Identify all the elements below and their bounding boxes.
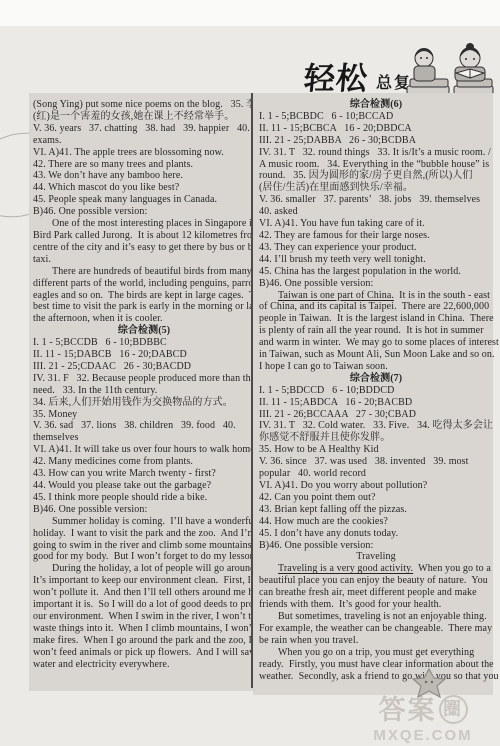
text-line: themselves — [33, 432, 255, 444]
text-line: 35. Money — [33, 409, 255, 421]
text-line: I. 1 - 5;BDCCD 6 - 10;BDDCD — [259, 385, 493, 397]
text-line: and warm in winter. We may go to some pl… — [259, 337, 493, 349]
text-line: won’t pollute it. And then I’ll tell oth… — [33, 587, 255, 599]
text-line: popular 40. world record — [259, 468, 493, 480]
text-line: best time to visit the park is early in … — [33, 301, 255, 313]
text-line: 34. 后来,人们开始用钱作为交换物品的方式。 — [33, 397, 255, 409]
text-line: 35. How to be A Healthy Kid — [259, 444, 493, 456]
text-line: make fires. When I go around the park an… — [33, 635, 255, 647]
text-line: There are hundreds of beautiful birds fr… — [33, 266, 255, 278]
underlined-text: Traveling is a very good activity. — [278, 563, 413, 574]
text-line: 42. They are famous for their large nose… — [259, 230, 493, 242]
text-line: B)46. One possible version: — [33, 504, 255, 516]
answer-column-right: 综合检测(6)I. 1 - 5;BCBDC 6 - 10;BCCADII. 11… — [253, 93, 493, 695]
text-line: won’t feed animals or pick up flowers. A… — [33, 647, 255, 659]
text-line: VI. A)41. It will take us over four hour… — [33, 444, 255, 456]
text-line: IV. 31. T 32. round things 33. It is/It’… — [259, 147, 493, 159]
text-line: V. 36. since 37. was used 38. invented 3… — [259, 456, 493, 468]
kids-reading-illustration — [404, 42, 496, 100]
text-line: people in Taiwan. It is the largest isla… — [259, 313, 493, 325]
text-line: 42. Can you point them out? — [259, 492, 493, 504]
text-line: 43. How can you write March twenty - fir… — [33, 468, 255, 480]
text-line: I. 1 - 5;BCBDC 6 - 10;BCCAD — [259, 111, 493, 123]
text-line: Bird Park called Jurong. It is about 12 … — [33, 230, 255, 242]
text-line: holiday. I want to visit the park and th… — [33, 528, 255, 540]
watermark-brand-circle: 圈 — [439, 695, 468, 724]
text-line: IV. 31. T 32. Cold water. 33. Five. 34. … — [259, 420, 493, 432]
text-line: 44. Which mascot do you like best? — [33, 182, 255, 194]
text-line: is plenty of rain all the year round. It… — [259, 325, 493, 337]
logo-title: 轻松 — [303, 63, 370, 94]
watermark-brand-text: 答案 — [379, 695, 437, 725]
text-line: Traveling is a very good activity. When … — [259, 563, 493, 575]
text-line: different parts of the world, including … — [33, 278, 255, 290]
scanned-page: 轻松 总复习 (Song Ying) put some n — [0, 26, 500, 746]
answer-column-left: (Song Ying) put some nice poems on the b… — [29, 93, 255, 691]
text-line: II. 11 - 15;DABCB 16 - 20;DABCD — [33, 349, 255, 361]
text-line: Summer holiday is coming. I’ll have a wo… — [33, 516, 255, 528]
text-line: II. 11 - 15;BCBCA 16 - 20;DBDCA — [259, 123, 493, 135]
text-line: can breathe fresh air, meet different pe… — [259, 587, 493, 599]
text-line: VI. A)41. Do you worry about pollution? — [259, 480, 493, 492]
text-line: A music room. 34. Everything in the “bub… — [259, 159, 493, 171]
watermark: 答案圈 MXQE.COM — [348, 668, 498, 744]
text-line: waste things into it. When I climb mount… — [33, 623, 255, 635]
text-line: water and electricity everywhere. — [33, 659, 255, 671]
text-line: our environment. When I swim in the rive… — [33, 611, 255, 623]
text-line: Taiwan is one part of China. It is in th… — [259, 290, 493, 302]
text-line: IV. 31. F 32. Because people produced mo… — [33, 373, 255, 385]
text-line: round. 35. 因为圆形的家/房子更自然,(所以)人们 — [259, 170, 493, 182]
text-line: One of the most interesting places in Si… — [33, 218, 255, 230]
text-line: III. 21 - 25;CDAAC 26 - 30;BACDD — [33, 361, 255, 373]
text-line: 43. Brian kept falling off the pizzas. — [259, 504, 493, 516]
text-line: beautiful place you can enjoy the beauty… — [259, 575, 493, 587]
text-line: eagles and so on. The birds are kept in … — [33, 290, 255, 302]
text-line: But sometimes, traveling is not an enjoy… — [259, 611, 493, 623]
starfish-icon — [411, 668, 447, 698]
text-line: B)46. One possible version: — [259, 278, 493, 290]
text-line: 45. China has the largest population in … — [259, 266, 493, 278]
text-line: need. 33. In the 11th century. — [33, 385, 255, 397]
watermark-brand: 答案圈 — [348, 695, 498, 726]
text-line: III. 21 - 26;BCCAAA 27 - 30;CBAD — [259, 409, 493, 421]
text-line: (Song Ying) put some nice poems on the b… — [33, 99, 255, 111]
text-line: V. 36. smaller 37. parents’ 38. jobs 39.… — [259, 194, 493, 206]
text-line: be rain when you travel. — [259, 635, 493, 647]
text-line: Traveling — [259, 551, 493, 563]
text-line: 45. People speak many languages in Canad… — [33, 194, 255, 206]
text-line: important it is. So I will do a lot of g… — [33, 599, 255, 611]
text-line: II. 11 - 15;ABDCA 16 - 20;BACBD — [259, 397, 493, 409]
text-line: 43. We don’t have any bamboo here. — [33, 170, 255, 182]
text-line: 44. How much are the cookies? — [259, 516, 493, 528]
text-line: 综合检测(6) — [259, 99, 493, 111]
book-logo: 轻松 总复习 — [304, 42, 494, 100]
text-line: centre of the city and it’s easy to get … — [33, 242, 255, 254]
text-line: the afternoon, when it is cooler. — [33, 313, 255, 325]
text-line: 42. There are so many trees and plants. — [33, 159, 255, 171]
text-line: exams. — [33, 135, 255, 147]
text-line: B)46. One possible version: — [259, 540, 493, 552]
text-line: 40. asked — [259, 206, 493, 218]
text-line: V. 36. years 37. chatting 38. had 39. ha… — [33, 123, 255, 135]
text-line: (居住/生活)在里面感到快乐/幸福。 — [259, 182, 493, 194]
text-line: in Taiwan, such as Mount Ali, Sun Moon L… — [259, 349, 493, 361]
text-line: For example, the weather can be changeab… — [259, 623, 493, 635]
text-line: 42. Many medicines come from plants. — [33, 456, 255, 468]
text-line: When you go on a trip, you must get ever… — [259, 647, 493, 659]
text-line: III. 21 - 25;DABBA 26 - 30;BCDBA — [259, 135, 493, 147]
text-line: VI. A)41. You have fun taking care of it… — [259, 218, 493, 230]
text-line: I hope I can go to Taiwan soon. — [259, 361, 493, 373]
text-line: V. 36. sad 37. lions 38. children 39. fo… — [33, 420, 255, 432]
text-line: 44. Would you please take out the garbag… — [33, 480, 255, 492]
text-line: I. 1 - 5;BCCDB 6 - 10;BDBBC — [33, 337, 255, 349]
text-line: During the holiday, a lot of people will… — [33, 563, 255, 575]
text-line: B)46. One possible version: — [33, 206, 255, 218]
text-line: 43. They can experience your product. — [259, 242, 493, 254]
text-line: of China, and its capital is Taipei. The… — [259, 301, 493, 313]
text-line: (红)是一个害羞的女孩,她在课上不经常举手。 — [33, 111, 255, 123]
text-line: 45. I think more people should ride a bi… — [33, 492, 255, 504]
text-segment: It is in the south - east — [394, 290, 490, 301]
text-line: 45. I don’t have any donuts today. — [259, 528, 493, 540]
text-line: taxi. — [33, 254, 255, 266]
text-line: good for my body. But I won’t forget to … — [33, 551, 255, 563]
watermark-site: MXQE.COM — [348, 727, 498, 744]
text-line: going to swim in the river and climb som… — [33, 540, 255, 552]
text-line: It’s important to keep our environment c… — [33, 575, 255, 587]
text-segment: When you go to a — [413, 563, 491, 574]
text-line: 综合检测(7) — [259, 373, 493, 385]
text-line: 你感觉不舒服并且使你发胖。 — [259, 432, 493, 444]
text-line: friends with them. It’s good for your he… — [259, 599, 493, 611]
text-line: 综合检测(5) — [33, 325, 255, 337]
text-line: VI. A)41. The apple trees are blossoming… — [33, 147, 255, 159]
text-line: 44. I’ll brush my teeth very well tonigh… — [259, 254, 493, 266]
underlined-text: Taiwan is one part of China. — [278, 290, 394, 301]
